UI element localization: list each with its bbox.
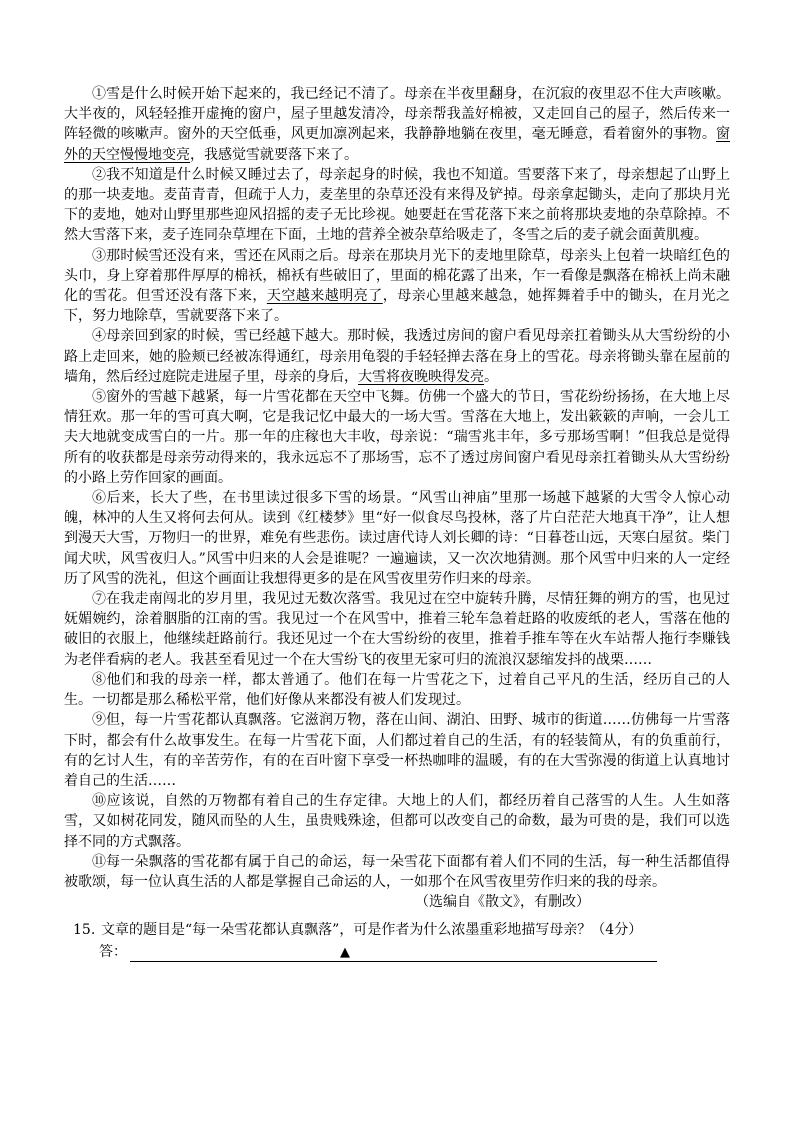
article-body: ①雪是什么时候开始下起来的，我已经记不清了。母亲在半夜里翻身，在沉寂的夜里忍不住… <box>64 84 730 892</box>
text-segment: ⑦在我走南闯北的岁月里，我见过无数次落雪。我见过在空中旋转升腾，尽情狂舞的朔方的… <box>64 591 730 668</box>
text-segment: ⑩应该说，自然的万物都有着自己的生存定律。大地上的人们，都经历着自己落雪的人生。… <box>64 793 730 849</box>
text-segment: ①雪是什么时候开始下起来的，我已经记不清了。母亲在半夜里翻身，在沉寂的夜里忍不住… <box>64 86 730 142</box>
text-segment: ⑧他们和我的母亲一样，都太普通了。他们在每一片雪花之下，过着自己平凡的生活，经历… <box>64 672 730 708</box>
answer-placeholder-triangle: ▲ <box>130 943 350 962</box>
paragraph: ⑩应该说，自然的万物都有着自己的生存定律。大地上的人们，都经历着自己落雪的人生。… <box>64 791 730 852</box>
source-attribution: （选编自《散文》，有删改） <box>64 892 730 912</box>
paragraph: ③那时候雪还没有来，雪还在风雨之后。母亲在那块月光下的麦地里除草，母亲头上包着一… <box>64 246 730 327</box>
paragraph: ⑦在我走南闯北的岁月里，我见过无数次落雪。我见过在空中旋转升腾，尽情狂舞的朔方的… <box>64 589 730 670</box>
question-line: 15. 文章的题目是“每一朵雪花都认真飘落”，可是作者为什么浓墨重彩地描写母亲？… <box>64 920 730 940</box>
text-segment: 。 <box>484 369 498 385</box>
question-text: 文章的题目是“每一朵雪花都认真飘落”，可是作者为什么浓墨重彩地描写母亲？（4分） <box>101 920 730 940</box>
document-content: ①雪是什么时候开始下起来的，我已经记不清了。母亲在半夜里翻身，在沉寂的夜里忍不住… <box>64 84 730 962</box>
answer-blank-line: ▲ <box>130 942 657 962</box>
answer-label: 答： <box>99 942 127 962</box>
paragraph: ⑨但，每一片雪花都认真飘落。它滋润万物，落在山间、湖泊、田野、城市的街道……仿佛… <box>64 710 730 791</box>
text-segment: ，我感觉雪就要落下来了。 <box>190 147 358 163</box>
text-segment: ②我不知道是什么时候又睡过去了，母亲起身的时候，我也不知道。雪要落下来了，母亲想… <box>64 167 730 244</box>
document-page: ①雪是什么时候开始下起来的，我已经记不清了。母亲在半夜里翻身，在沉寂的夜里忍不住… <box>0 0 794 1123</box>
text-segment: ⑤窗外的雪越下越紧，每一片雪花都在天空中飞舞。仿佛一个盛大的节日，雪花纷纷扬扬，… <box>64 389 730 486</box>
paragraph: ⑪每一朵飘落的雪花都有属于自己的命运，每一朵雪花下面都有着人们不同的生活，每一种… <box>64 852 730 892</box>
text-segment: ⑪每一朵飘落的雪花都有属于自己的命运，每一朵雪花下面都有着人们不同的生活，每一种… <box>64 854 730 890</box>
question-15: 15. 文章的题目是“每一朵雪花都认真飘落”，可是作者为什么浓墨重彩地描写母亲？… <box>64 920 730 961</box>
paragraph: ⑤窗外的雪越下越紧，每一片雪花都在天空中飞舞。仿佛一个盛大的节日，雪花纷纷扬扬，… <box>64 387 730 488</box>
paragraph: ⑧他们和我的母亲一样，都太普通了。他们在每一片雪花之下，过着自己平凡的生活，经历… <box>64 670 730 710</box>
paragraph: ①雪是什么时候开始下起来的，我已经记不清了。母亲在半夜里翻身，在沉寂的夜里忍不住… <box>64 84 730 165</box>
text-segment: ⑨但，每一片雪花都认真飘落。它滋润万物，落在山间、湖泊、田野、城市的街道……仿佛… <box>64 712 730 789</box>
answer-row: 答： ▲ <box>99 942 730 962</box>
question-number: 15. <box>64 920 101 940</box>
paragraph: ④母亲回到家的时候，雪已经越下越大。那时候，我透过房间的窗户看见母亲扛着锄头从大… <box>64 326 730 387</box>
underlined-text: 大雪将夜晚映得发亮 <box>358 369 484 385</box>
paragraph: ②我不知道是什么时候又睡过去了，母亲起身的时候，我也不知道。雪要落下来了，母亲想… <box>64 165 730 246</box>
underlined-text: 天空越来越明亮了 <box>267 288 383 304</box>
text-segment: ⑥后来，长大了些，在书里读过很多下雪的场景。“风雪山神庙”里那一场越下越紧的大雪… <box>64 490 730 587</box>
paragraph: ⑥后来，长大了些，在书里读过很多下雪的场景。“风雪山神庙”里那一场越下越紧的大雪… <box>64 488 730 589</box>
